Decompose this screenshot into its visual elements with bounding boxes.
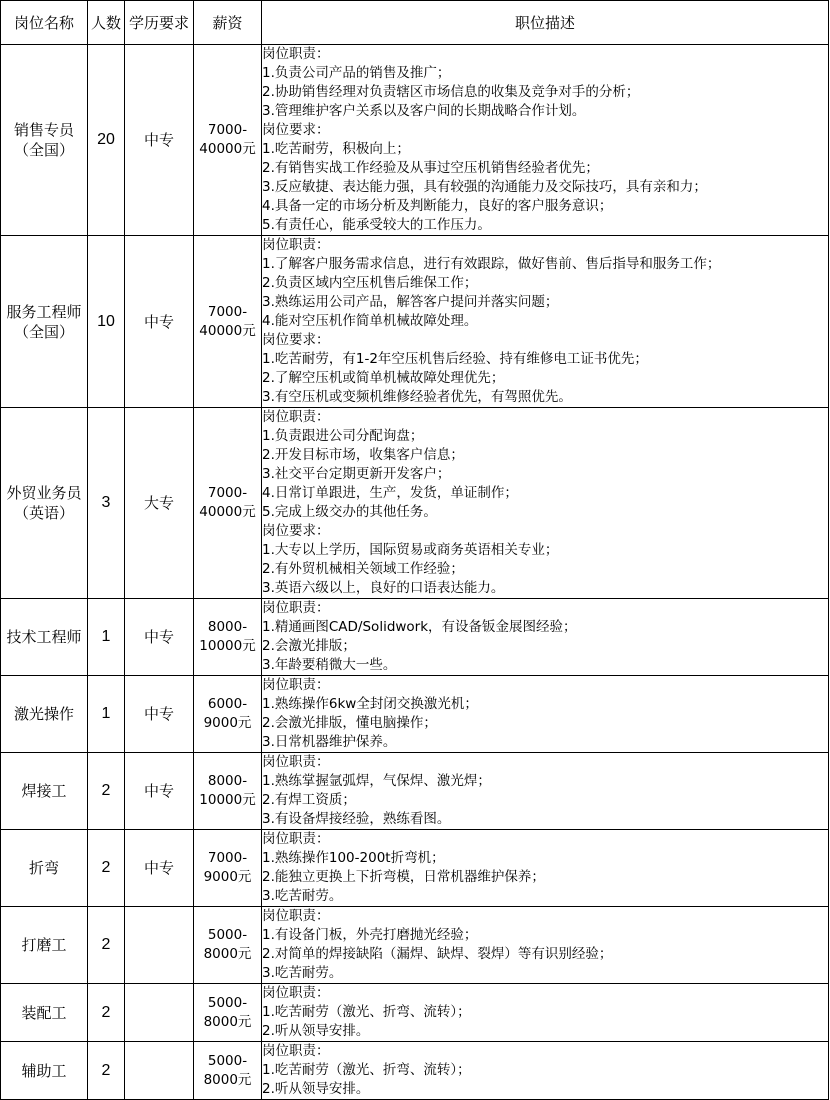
- job-title-cell: 焊接工: [1, 753, 88, 830]
- table-row: 折弯2中专7000-9000元岗位职责：1.熟练操作100-200t折弯机；2.…: [1, 830, 829, 907]
- description-line: 3.反应敏捷、表达能力强，具有较强的沟通能力及交际技巧，具有亲和力；: [262, 178, 828, 197]
- salary-min: 5000-: [194, 1052, 261, 1071]
- description-line: 1.吃苦耐劳（激光、折弯、流转）；: [262, 1003, 828, 1022]
- job-title: 装配工: [1, 1003, 87, 1023]
- job-title: 焊接工: [1, 781, 87, 801]
- job-title: 外贸业务员: [1, 483, 87, 503]
- description-line: 3.管理维护客户关系以及客户间的长期战略合作计划。: [262, 102, 828, 121]
- headcount: 20: [97, 131, 115, 148]
- salary-cell: 7000-40000元: [194, 45, 262, 236]
- description-line: 2.听从领导安排。: [262, 1022, 828, 1041]
- education-cell: 大专: [125, 408, 194, 599]
- table-body: 销售专员（全国）20中专7000-40000元岗位职责：1.负责公司产品的销售及…: [1, 45, 829, 1093]
- education-cell: 中专: [125, 830, 194, 907]
- salary-max: 10000元: [194, 791, 261, 810]
- table-row: 销售专员（全国）20中专7000-40000元岗位职责：1.负责公司产品的销售及…: [1, 45, 829, 236]
- headcount-cell: 20: [88, 45, 125, 236]
- salary-cell: 8000-10000元: [194, 599, 262, 676]
- education-cell: 中专: [125, 676, 194, 753]
- table-row: 外贸业务员（英语）3大专7000-40000元岗位职责：1.负责跟进公司分配询盘…: [1, 408, 829, 599]
- description-cell: 岗位职责：1.吃苦耐劳（激光、折弯、流转）；2.听从领导安排。: [262, 1042, 829, 1093]
- description-line: 3.有空压机或变频机维修经验者优先，有驾照优先。: [262, 388, 828, 407]
- job-title: 辅助工: [1, 1061, 87, 1081]
- description-line: 2.协助销售经理对负责辖区市场信息的收集及竞争对手的分析；: [262, 83, 828, 102]
- description-cell: 岗位职责：1.精通画图CAD/Solidwork，有设备钣金展图经验；2.会激光…: [262, 599, 829, 676]
- job-title-cell: 激光操作: [1, 676, 88, 753]
- description-line: 1.吃苦耐劳，有1-2年空压机售后经验、持有维修电工证书优先；: [262, 350, 828, 369]
- header-salary: 薪资: [194, 1, 262, 45]
- education-requirement: 中专: [144, 131, 174, 149]
- headcount: 2: [102, 859, 111, 876]
- salary-cell: 5000-8000元: [194, 907, 262, 984]
- header-name: 岗位名称: [1, 1, 88, 45]
- education-requirement: 中专: [144, 859, 174, 877]
- description-line: 岗位职责：: [262, 236, 828, 255]
- education-requirement: 中专: [144, 313, 174, 331]
- headcount: 2: [102, 936, 111, 953]
- description-line: 岗位职责：: [262, 408, 828, 427]
- description-line: 1.吃苦耐劳，积极向上；: [262, 140, 828, 159]
- education-requirement: 中专: [144, 782, 174, 800]
- salary-min: 7000-: [194, 303, 261, 322]
- job-title: 折弯: [1, 858, 87, 878]
- description-line: 3.日常机器维护保养。: [262, 733, 828, 752]
- table-row: 技术工程师1中专8000-10000元岗位职责：1.精通画图CAD/Solidw…: [1, 599, 829, 676]
- salary-min: 7000-: [194, 849, 261, 868]
- description-line: 2.有销售实战工作经验及从事过空压机销售经验者优先；: [262, 159, 828, 178]
- description-line: 1.了解客户服务需求信息，进行有效跟踪，做好售前、售后指导和服务工作；: [262, 255, 828, 274]
- description-cell: 岗位职责：1.负责公司产品的销售及推广；2.协助销售经理对负责辖区市场信息的收集…: [262, 45, 829, 236]
- salary-max: 9000元: [194, 714, 261, 733]
- job-title: 服务工程师: [1, 302, 87, 322]
- salary-max: 9000元: [194, 868, 261, 887]
- headcount-cell: 1: [88, 676, 125, 753]
- education-requirement: 大专: [144, 494, 174, 512]
- description-line: 岗位职责：: [262, 907, 828, 926]
- description-line: 岗位职责：: [262, 830, 828, 849]
- description-line: 2.了解空压机或简单机械故障处理优先；: [262, 369, 828, 388]
- salary-min: 8000-: [194, 618, 261, 637]
- education-cell: 中专: [125, 753, 194, 830]
- education-cell: 中专: [125, 236, 194, 408]
- salary-max: 8000元: [194, 1071, 261, 1090]
- salary-max: 8000元: [194, 945, 261, 964]
- description-cell: 岗位职责：1.负责跟进公司分配询盘；2.开发目标市场，收集客户信息；3.社交平台…: [262, 408, 829, 599]
- salary-min: 5000-: [194, 994, 261, 1013]
- description-line: 4.能对空压机作简单机械故障处理。: [262, 312, 828, 331]
- headcount: 1: [102, 628, 111, 645]
- headcount: 2: [102, 782, 111, 799]
- description-line: 2.听从领导安排。: [262, 1080, 828, 1092]
- salary-cell: 5000-8000元: [194, 984, 262, 1042]
- description-line: 2.会激光排版；: [262, 637, 828, 656]
- description-cell: 岗位职责：1.吃苦耐劳（激光、折弯、流转）；2.听从领导安排。: [262, 984, 829, 1042]
- salary-max: 40000元: [194, 140, 261, 159]
- description-line: 1.负责跟进公司分配询盘；: [262, 427, 828, 446]
- description-line: 1.大专以上学历，国际贸易或商务英语相关专业；: [262, 541, 828, 560]
- description-cell: 岗位职责：1.熟练操作100-200t折弯机；2.能独立更换上下折弯模，日常机器…: [262, 830, 829, 907]
- description-line: 3.熟练运用公司产品，解答客户提问并落实问题；: [262, 293, 828, 312]
- salary-max: 40000元: [194, 503, 261, 522]
- headcount-cell: 2: [88, 830, 125, 907]
- job-title: 销售专员: [1, 120, 87, 140]
- headcount-cell: 2: [88, 1042, 125, 1093]
- job-title-cell: 外贸业务员（英语）: [1, 408, 88, 599]
- description-line: 1.吃苦耐劳（激光、折弯、流转）；: [262, 1061, 828, 1080]
- salary-cell: 7000-40000元: [194, 408, 262, 599]
- description-line: 岗位职责：: [262, 1042, 828, 1061]
- education-cell: [125, 1042, 194, 1093]
- description-line: 1.精通画图CAD/Solidwork，有设备钣金展图经验；: [262, 618, 828, 637]
- job-title-cell: 打磨工: [1, 907, 88, 984]
- description-line: 1.有设备门板，外壳打磨抛光经验；: [262, 926, 828, 945]
- header-row: 岗位名称 人数 学历要求 薪资 职位描述: [1, 1, 829, 45]
- description-line: 1.熟练掌握氩弧焊，气保焊、激光焊；: [262, 772, 828, 791]
- job-title-cell: 服务工程师（全国）: [1, 236, 88, 408]
- salary-cell: 6000-9000元: [194, 676, 262, 753]
- description-line: 岗位要求：: [262, 121, 828, 140]
- description-line: 5.完成上级交办的其他任务。: [262, 503, 828, 522]
- description-line: 岗位职责：: [262, 753, 828, 772]
- description-line: 2.会激光排版，懂电脑操作；: [262, 714, 828, 733]
- headcount-cell: 10: [88, 236, 125, 408]
- table-row: 装配工25000-8000元岗位职责：1.吃苦耐劳（激光、折弯、流转）；2.听从…: [1, 984, 829, 1042]
- headcount-cell: 2: [88, 907, 125, 984]
- job-title-cell: 折弯: [1, 830, 88, 907]
- education-cell: [125, 907, 194, 984]
- job-title: 打磨工: [1, 935, 87, 955]
- salary-min: 6000-: [194, 695, 261, 714]
- header-education: 学历要求: [125, 1, 194, 45]
- headcount: 10: [97, 313, 115, 330]
- description-line: 岗位职责：: [262, 45, 828, 64]
- job-title-cell: 销售专员（全国）: [1, 45, 88, 236]
- headcount: 1: [102, 705, 111, 722]
- education-cell: 中专: [125, 599, 194, 676]
- description-line: 2.负责区域内空压机售后维保工作；: [262, 274, 828, 293]
- job-listing-table: 岗位名称 人数 学历要求 薪资 职位描述 销售专员（全国）20中专7000-40…: [0, 0, 829, 1092]
- description-line: 3.社交平台定期更新开发客户；: [262, 465, 828, 484]
- job-region: （全国）: [1, 322, 87, 342]
- salary-min: 7000-: [194, 121, 261, 140]
- job-title-cell: 技术工程师: [1, 599, 88, 676]
- salary-cell: 8000-10000元: [194, 753, 262, 830]
- salary-cell: 7000-40000元: [194, 236, 262, 408]
- table-row: 服务工程师（全国）10中专7000-40000元岗位职责：1.了解客户服务需求信…: [1, 236, 829, 408]
- education-requirement: 中专: [144, 705, 174, 723]
- description-line: 3.英语六级以上，良好的口语表达能力。: [262, 579, 828, 598]
- job-title-cell: 装配工: [1, 984, 88, 1042]
- table-row: 焊接工2中专8000-10000元岗位职责：1.熟练掌握氩弧焊，气保焊、激光焊；…: [1, 753, 829, 830]
- job-title: 技术工程师: [1, 627, 87, 647]
- header-count: 人数: [88, 1, 125, 45]
- headcount-cell: 2: [88, 753, 125, 830]
- description-line: 1.熟练操作6kw全封闭交换激光机；: [262, 695, 828, 714]
- table-row: 激光操作1中专6000-9000元岗位职责：1.熟练操作6kw全封闭交换激光机；…: [1, 676, 829, 753]
- description-line: 1.熟练操作100-200t折弯机；: [262, 849, 828, 868]
- description-line: 岗位职责：: [262, 676, 828, 695]
- salary-max: 40000元: [194, 322, 261, 341]
- headcount-cell: 1: [88, 599, 125, 676]
- headcount: 2: [102, 1004, 111, 1021]
- description-line: 3.吃苦耐劳。: [262, 964, 828, 983]
- headcount-cell: 2: [88, 984, 125, 1042]
- description-cell: 岗位职责：1.了解客户服务需求信息，进行有效跟踪，做好售前、售后指导和服务工作；…: [262, 236, 829, 408]
- header-description: 职位描述: [262, 1, 829, 45]
- description-line: 4.具备一定的市场分析及判断能力，良好的客户服务意识；: [262, 197, 828, 216]
- salary-min: 5000-: [194, 926, 261, 945]
- description-line: 岗位要求：: [262, 522, 828, 541]
- job-title: 激光操作: [1, 704, 87, 724]
- job-region: （全国）: [1, 140, 87, 160]
- description-line: 2.对简单的焊接缺陷（漏焊、缺焊、裂焊）等有识别经验；: [262, 945, 828, 964]
- description-cell: 岗位职责：1.有设备门板，外壳打磨抛光经验；2.对简单的焊接缺陷（漏焊、缺焊、裂…: [262, 907, 829, 984]
- description-line: 1.负责公司产品的销售及推广；: [262, 64, 828, 83]
- salary-cell: 7000-9000元: [194, 830, 262, 907]
- job-title-cell: 辅助工: [1, 1042, 88, 1093]
- description-cell: 岗位职责：1.熟练掌握氩弧焊，气保焊、激光焊；2.有焊工资质；3.有设备焊接经验…: [262, 753, 829, 830]
- description-line: 2.开发目标市场，收集客户信息；: [262, 446, 828, 465]
- job-region: （英语）: [1, 503, 87, 523]
- description-line: 5.有责任心，能承受较大的工作压力。: [262, 216, 828, 235]
- education-cell: [125, 984, 194, 1042]
- description-line: 岗位职责：: [262, 599, 828, 618]
- salary-min: 7000-: [194, 484, 261, 503]
- table-row: 辅助工25000-8000元岗位职责：1.吃苦耐劳（激光、折弯、流转）；2.听从…: [1, 1042, 829, 1093]
- description-line: 2.有外贸机械相关领域工作经验；: [262, 560, 828, 579]
- description-line: 3.年龄要稍微大一些。: [262, 656, 828, 675]
- salary-max: 10000元: [194, 637, 261, 656]
- headcount: 3: [102, 494, 111, 511]
- table-row: 打磨工25000-8000元岗位职责：1.有设备门板，外壳打磨抛光经验；2.对简…: [1, 907, 829, 984]
- description-line: 2.有焊工资质；: [262, 791, 828, 810]
- description-line: 2.能独立更换上下折弯模，日常机器维护保养；: [262, 868, 828, 887]
- headcount: 2: [102, 1062, 111, 1079]
- education-requirement: 中专: [144, 628, 174, 646]
- description-line: 岗位要求：: [262, 331, 828, 350]
- salary-max: 8000元: [194, 1013, 261, 1032]
- description-line: 4.日常订单跟进，生产，发货，单证制作；: [262, 484, 828, 503]
- description-line: 3.吃苦耐劳。: [262, 887, 828, 906]
- description-line: 3.有设备焊接经验，熟练看图。: [262, 810, 828, 829]
- headcount-cell: 3: [88, 408, 125, 599]
- description-cell: 岗位职责：1.熟练操作6kw全封闭交换激光机；2.会激光排版，懂电脑操作；3.日…: [262, 676, 829, 753]
- description-line: 岗位职责：: [262, 984, 828, 1003]
- salary-cell: 5000-8000元: [194, 1042, 262, 1093]
- salary-min: 8000-: [194, 772, 261, 791]
- education-cell: 中专: [125, 45, 194, 236]
